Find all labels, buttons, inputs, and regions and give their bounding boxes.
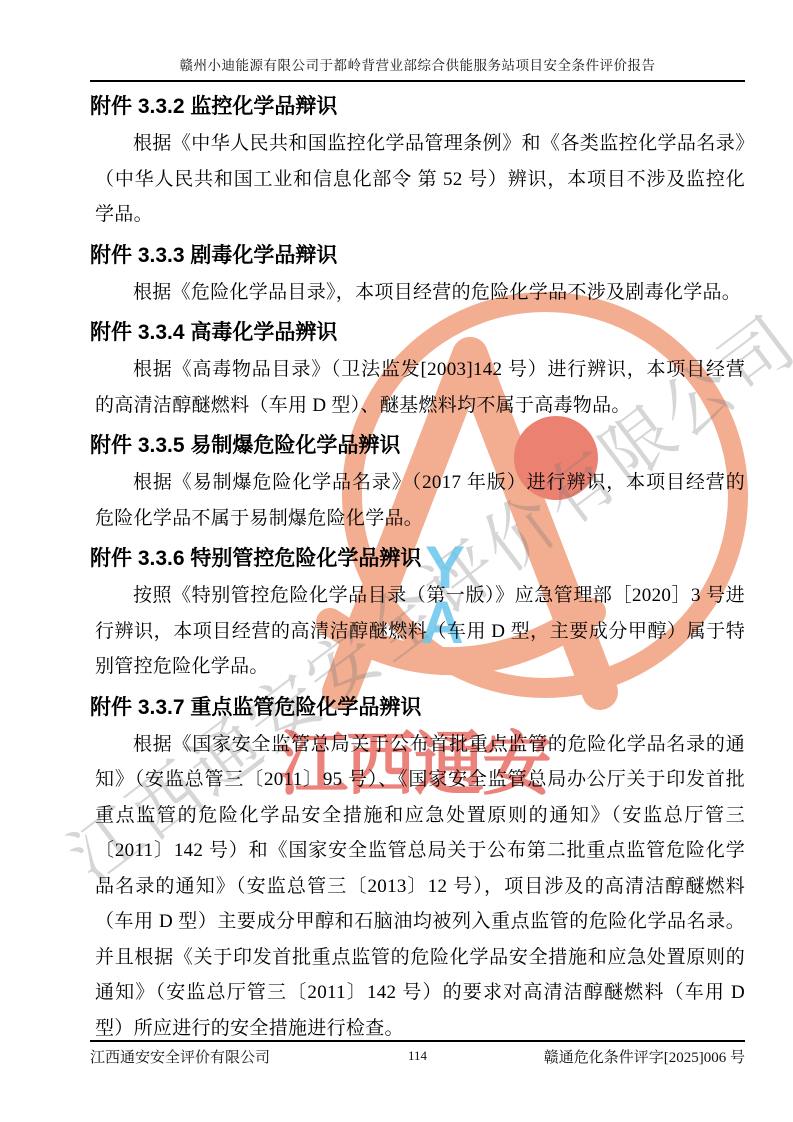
document-section: 附件 3.3.4 高毒化学品辨识 根据《高毒物品目录》（卫法监发[2003]14… — [90, 314, 745, 423]
footer-document-number: 赣通危化条件评字[2025]006 号 — [544, 1046, 745, 1067]
page-header: 赣州小迪能源有限公司于都岭背营业部综合供能服务站项目安全条件评价报告 — [90, 0, 745, 82]
section-paragraph: 根据《危险化学品目录》，本项目经营的危险化学品不涉及剧毒化学品。 — [95, 275, 745, 311]
document-body: 附件 3.3.2 监控化学品辩识 根据《中华人民共和国监控化学品管理条例》和《各… — [90, 84, 745, 1046]
section-paragraph: 根据《高毒物品目录》（卫法监发[2003]142 号）进行辨识，本项目经营的高清… — [95, 352, 745, 423]
page-footer: 江西通安安全评价有限公司 114 赣通危化条件评字[2025]006 号 — [90, 1040, 745, 1067]
footer-page-number: 114 — [408, 1048, 427, 1064]
document-section: 附件 3.3.7 重点监管危险化学品辨识 根据《国家安全监管总局关于公布首批重点… — [90, 689, 745, 1047]
section-paragraph: 根据《易制爆危险化学品名录》（2017 年版）进行辨识，本项目经营的危险化学品不… — [95, 465, 745, 536]
document-section: 附件 3.3.5 易制爆危险化学品辨识 根据《易制爆危险化学品名录》（2017 … — [90, 427, 745, 536]
report-title: 赣州小迪能源有限公司于都岭背营业部综合供能服务站项目安全条件评价报告 — [90, 54, 745, 74]
section-heading: 附件 3.3.6 特别管控危险化学品辨识 — [90, 540, 745, 578]
section-heading: 附件 3.3.4 高毒化学品辨识 — [90, 314, 745, 352]
section-heading: 附件 3.3.7 重点监管危险化学品辨识 — [90, 689, 745, 727]
section-paragraph: 根据《中华人民共和国监控化学品管理条例》和《各类监控化学品名录》（中华人民共和国… — [95, 126, 745, 233]
footer-company-name: 江西通安安全评价有限公司 — [90, 1046, 270, 1067]
section-heading: 附件 3.3.3 剧毒化学品辩识 — [90, 237, 745, 275]
document-page: 江西通安安全评价有限公司 Y A 江西通安 赣州小迪能源有限公司于都岭背营业部综… — [0, 0, 793, 1122]
section-paragraph: 按照《特别管控危险化学品目录（第一版）》应急管理部［2020］3 号进行辨识，本… — [95, 578, 745, 685]
document-section: 附件 3.3.6 特别管控危险化学品辨识 按照《特别管控危险化学品目录（第一版）… — [90, 540, 745, 685]
section-paragraph: 根据《国家安全监管总局关于公布首批重点监管的危险化学品名录的通知》（安监总管三〔… — [95, 727, 745, 1047]
document-section: 附件 3.3.3 剧毒化学品辩识 根据《危险化学品目录》，本项目经营的危险化学品… — [90, 237, 745, 311]
section-heading: 附件 3.3.5 易制爆危险化学品辨识 — [90, 427, 745, 465]
document-section: 附件 3.3.2 监控化学品辩识 根据《中华人民共和国监控化学品管理条例》和《各… — [90, 88, 745, 233]
section-heading: 附件 3.3.2 监控化学品辩识 — [90, 88, 745, 126]
